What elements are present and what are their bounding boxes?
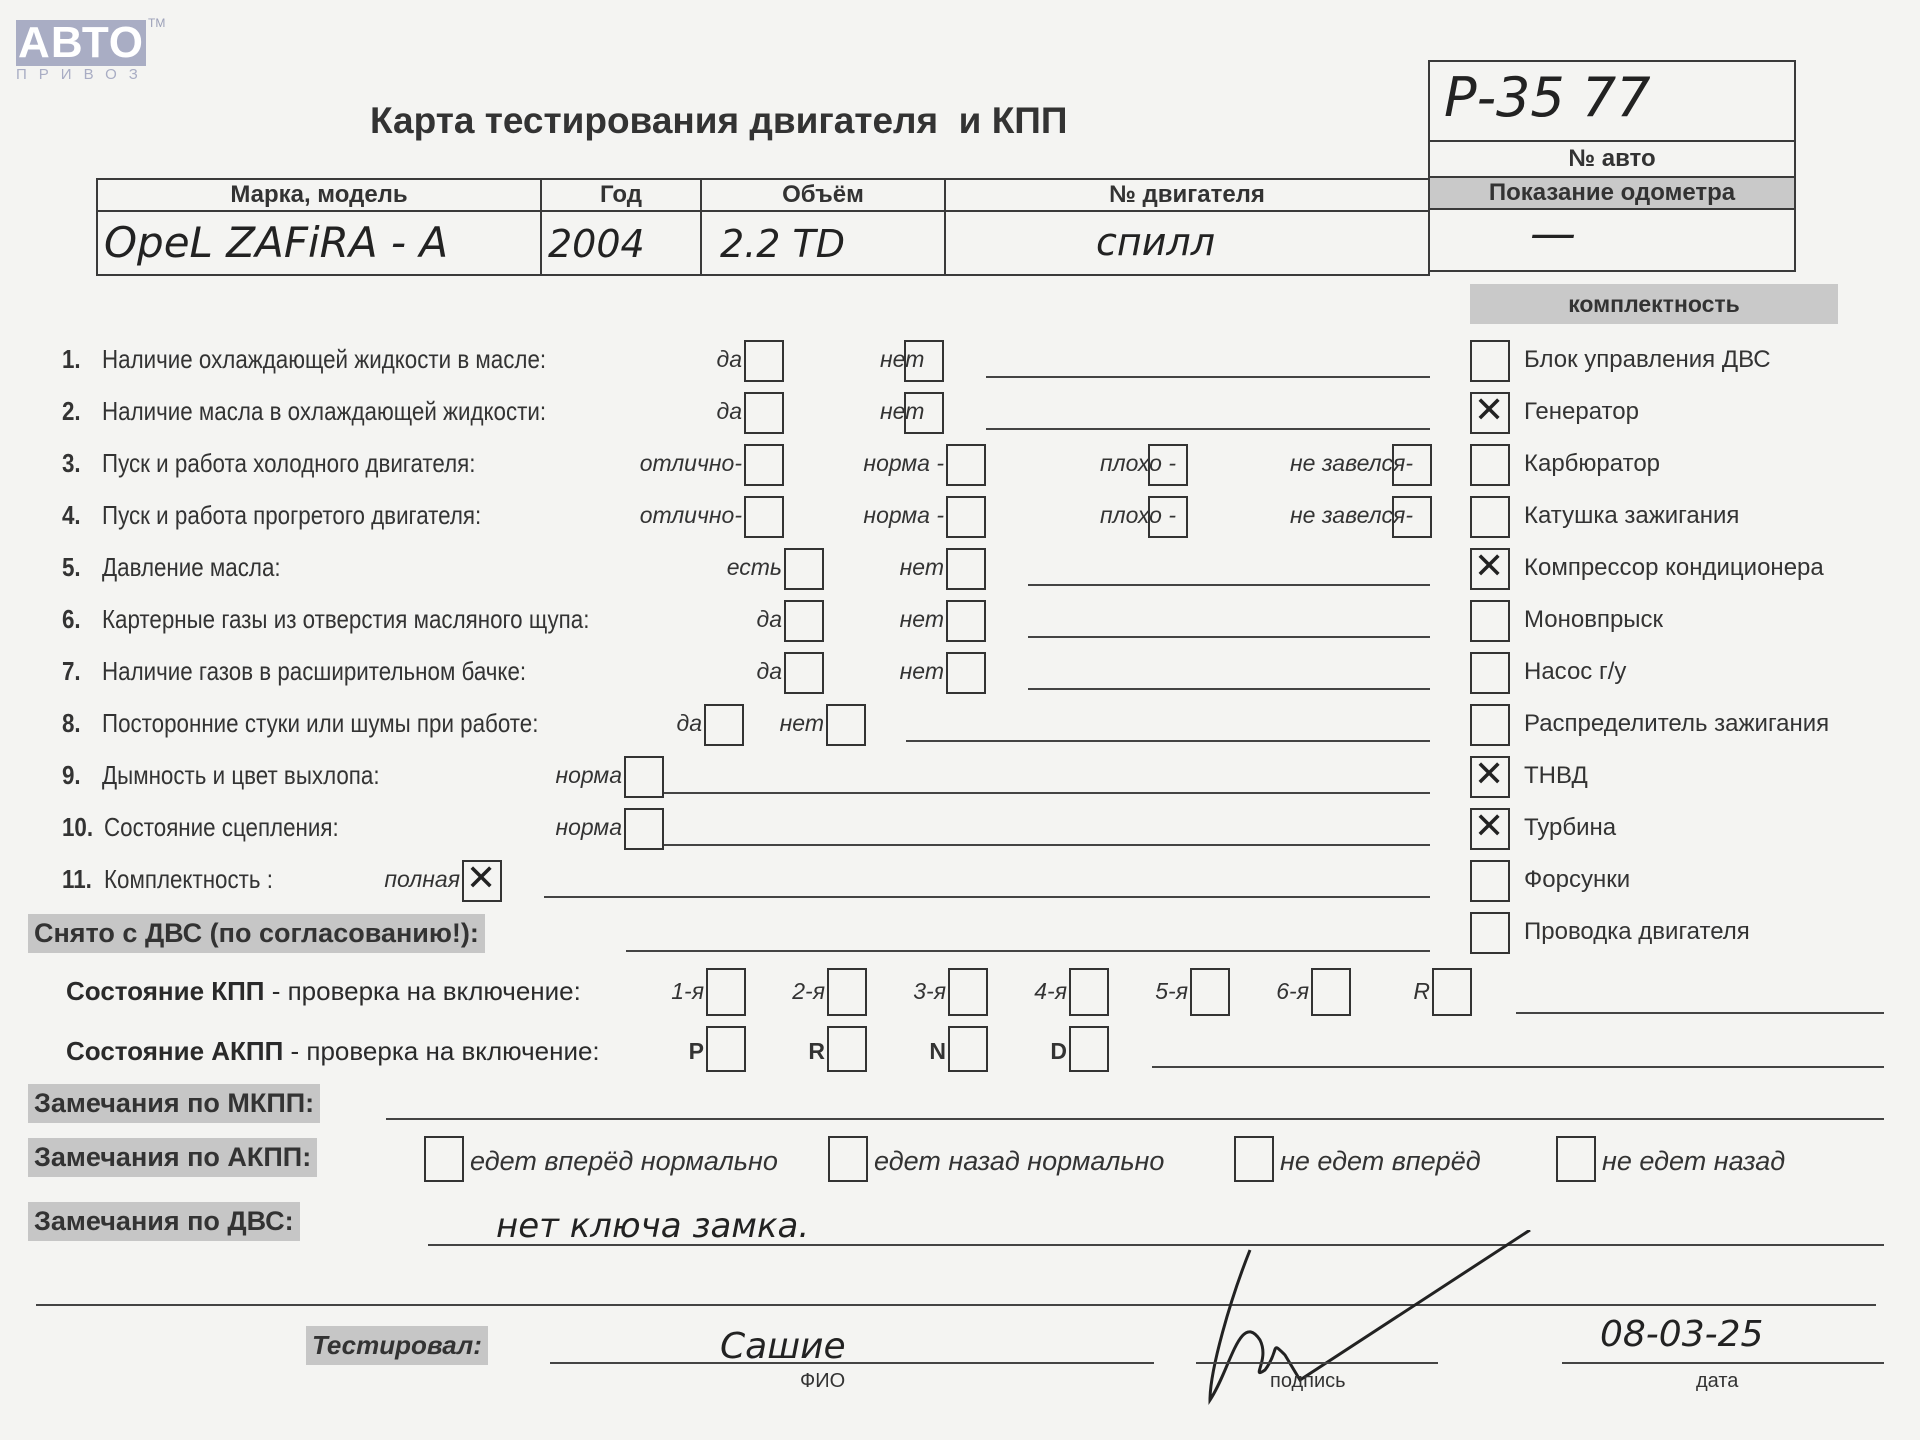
gear-checkbox[interactable]	[706, 968, 746, 1016]
gear-checkbox[interactable]	[706, 1026, 746, 1072]
option-label: да	[700, 658, 782, 685]
option-checkbox[interactable]	[946, 652, 986, 694]
kit-checkbox[interactable]	[1470, 756, 1510, 798]
gear-label: 1-я	[646, 978, 704, 1005]
question-number: 8.	[62, 708, 81, 739]
kit-checkbox[interactable]	[1470, 496, 1510, 538]
remarks-dvs-label: Замечания по ДВС:	[28, 1202, 300, 1241]
kit-item-label: Насос г/у	[1524, 658, 1626, 686]
question-note-field[interactable]	[1028, 636, 1430, 638]
kit-item-label: Турбина	[1524, 814, 1616, 842]
option-label: есть	[700, 554, 782, 581]
question-number: 3.	[62, 448, 81, 479]
kit-item-label: ТНВД	[1524, 762, 1588, 790]
question-number: 9.	[62, 760, 81, 791]
option-label: норма -	[860, 502, 944, 529]
option-checkbox[interactable]	[826, 704, 866, 746]
option-label: да	[640, 346, 742, 373]
gear-label: 5-я	[1130, 978, 1188, 1005]
tested-by-label: Тестировал:	[306, 1326, 488, 1365]
question-number: 7.	[62, 656, 81, 687]
gear-label: R	[1372, 978, 1430, 1005]
gear-checkbox[interactable]	[1069, 1026, 1109, 1072]
question-text: Картерные газы из отверстия масляного щу…	[102, 604, 589, 635]
auto-gearbox-label-bold: Состояние АКПП	[66, 1036, 283, 1066]
option-label: норма -	[860, 450, 944, 477]
question-note-field[interactable]	[986, 376, 1430, 378]
kit-checkbox[interactable]	[1470, 444, 1510, 486]
gear-label: 2-я	[767, 978, 825, 1005]
kit-checkbox[interactable]	[1470, 652, 1510, 694]
gear-checkbox[interactable]	[827, 1026, 867, 1072]
date-caption: дата	[1696, 1370, 1738, 1393]
gear-checkbox[interactable]	[1432, 968, 1472, 1016]
option-checkbox[interactable]	[704, 704, 744, 746]
question-number: 1.	[62, 344, 81, 375]
tester-name-value: Сашие	[720, 1326, 846, 1367]
model-value: OpeL ZAFiRA - A	[104, 218, 448, 267]
gear-checkbox[interactable]	[1311, 968, 1351, 1016]
option-label: полная	[370, 866, 460, 893]
option-label: отлично-	[520, 502, 742, 529]
removed-field[interactable]	[626, 950, 1430, 952]
akpp-option-label: не едет назад	[1602, 1146, 1785, 1177]
auto-gearbox-note-field[interactable]	[1152, 1066, 1884, 1068]
kit-checkbox[interactable]	[1470, 704, 1510, 746]
akpp-option-checkbox[interactable]	[828, 1136, 868, 1182]
car-number-cell[interactable]: Р-35 77	[1428, 60, 1796, 142]
question-number: 2.	[62, 396, 81, 427]
question-text: Пуск и работа прогретого двигателя:	[102, 500, 481, 531]
question-note-field[interactable]	[664, 792, 1430, 794]
manual-gearbox-label-rest: - проверка на включение:	[265, 976, 581, 1006]
kit-item-label: Моновпрыск	[1524, 606, 1663, 634]
car-number-value: Р-35 77	[1444, 66, 1651, 129]
kit-checkbox[interactable]	[1470, 340, 1510, 382]
option-label: плохо -	[1100, 450, 1146, 477]
option-checkbox[interactable]	[904, 392, 944, 434]
remarks-akpp-label: Замечания по АКПП:	[28, 1138, 317, 1177]
gear-checkbox[interactable]	[948, 968, 988, 1016]
kit-checkbox[interactable]	[1470, 860, 1510, 902]
option-label: нет	[750, 710, 824, 737]
question-text: Давление масла:	[102, 552, 281, 583]
manual-gearbox-label-bold: Состояние КПП	[66, 976, 265, 1006]
option-checkbox[interactable]	[1392, 496, 1432, 538]
kit-checkbox[interactable]	[1470, 548, 1510, 590]
question-note-field[interactable]	[664, 844, 1430, 846]
gear-checkbox[interactable]	[1190, 968, 1230, 1016]
question-note-field[interactable]	[906, 740, 1430, 742]
gear-label: P	[666, 1038, 704, 1065]
gear-checkbox[interactable]	[948, 1026, 988, 1072]
kit-item-label: Катушка зажигания	[1524, 502, 1739, 530]
brand-logo: АВТО	[16, 20, 146, 66]
option-label: да	[640, 398, 742, 425]
option-checkbox[interactable]	[946, 600, 986, 642]
option-checkbox[interactable]	[744, 340, 784, 382]
option-checkbox[interactable]	[1392, 444, 1432, 486]
question-number: 11.	[62, 864, 92, 895]
year-value: 2004	[548, 222, 645, 266]
remarks-dvs-field[interactable]	[428, 1244, 1884, 1246]
question-note-field[interactable]	[1028, 584, 1430, 586]
question-text: Пуск и работа холодного двигателя:	[102, 448, 475, 479]
gear-label: D	[1029, 1038, 1067, 1065]
kit-item-label: Блок управления ДВС	[1524, 346, 1771, 374]
question-text: Комплектность :	[104, 864, 273, 895]
option-checkbox[interactable]	[784, 600, 824, 642]
option-checkbox[interactable]	[624, 756, 664, 798]
volume-field[interactable]: 2.2 TD	[700, 210, 946, 276]
option-checkbox[interactable]	[744, 496, 784, 538]
car-number-label: № авто	[1428, 140, 1796, 178]
question-note-field[interactable]	[544, 896, 1430, 898]
engine-number-field[interactable]: спилл	[944, 210, 1430, 276]
gear-label: R	[787, 1038, 825, 1065]
model-field[interactable]: OpeL ZAFiRA - A	[96, 210, 542, 276]
option-label: отлично-	[520, 450, 742, 477]
remarks-mkpp-label: Замечания по МКПП:	[28, 1084, 320, 1123]
question-number: 10.	[62, 812, 93, 843]
option-label: норма	[520, 762, 622, 789]
akpp-option-label: едет вперёд нормально	[470, 1146, 778, 1177]
question-text: Дымность и цвет выхлопа:	[102, 760, 380, 791]
auto-gearbox-label-rest: - проверка на включение:	[283, 1036, 599, 1066]
option-label: да	[700, 606, 782, 633]
col-header-model: Марка, модель	[96, 178, 542, 212]
option-checkbox[interactable]	[744, 392, 784, 434]
gear-label: 3-я	[888, 978, 946, 1005]
tester-name-caption: ФИО	[800, 1370, 845, 1393]
kit-item-label: Распределитель зажигания	[1524, 710, 1829, 738]
year-field[interactable]: 2004	[540, 210, 702, 276]
col-header-engine-number: № двигателя	[944, 178, 1430, 212]
gear-checkbox[interactable]	[827, 968, 867, 1016]
question-text: Наличие масла в охлаждающей жидкости:	[102, 396, 546, 427]
akpp-option-checkbox[interactable]	[1234, 1136, 1274, 1182]
option-label: нет	[880, 554, 944, 581]
kit-title: комплектность	[1470, 284, 1838, 324]
logo-trademark: TM	[148, 16, 165, 30]
logo-subtitle: ПРИВОЗ	[16, 66, 152, 83]
akpp-option-checkbox[interactable]	[424, 1136, 464, 1182]
gear-label: 6-я	[1251, 978, 1309, 1005]
question-number: 5.	[62, 552, 81, 583]
gear-label: 4-я	[1009, 978, 1067, 1005]
date-field[interactable]	[1562, 1362, 1884, 1364]
volume-value: 2.2 TD	[720, 222, 845, 266]
odometer-cell[interactable]: —	[1428, 208, 1796, 272]
engine-number-value: спилл	[1096, 220, 1215, 264]
option-checkbox[interactable]	[744, 444, 784, 486]
question-text: Посторонние стуки или шумы при работе:	[102, 708, 538, 739]
kit-item-label: Форсунки	[1524, 866, 1630, 894]
option-checkbox[interactable]	[1148, 496, 1188, 538]
option-label: не завелся-	[1290, 502, 1390, 529]
question-note-field[interactable]	[986, 428, 1430, 430]
akpp-option-label: едет назад нормально	[874, 1146, 1164, 1177]
option-checkbox[interactable]	[462, 860, 502, 902]
manual-gearbox-label: Состояние КПП - проверка на включение:	[66, 976, 581, 1007]
kit-checkbox[interactable]	[1470, 600, 1510, 642]
option-label: норма	[520, 814, 622, 841]
remarks-mkpp-field[interactable]	[386, 1118, 1884, 1120]
option-label: плохо -	[1100, 502, 1146, 529]
signature-field[interactable]	[1196, 1362, 1438, 1364]
gear-label: N	[908, 1038, 946, 1065]
question-text: Наличие охлаждающей жидкости в масле:	[102, 344, 546, 375]
kit-checkbox[interactable]	[1470, 808, 1510, 850]
gear-checkbox[interactable]	[1069, 968, 1109, 1016]
option-checkbox[interactable]	[946, 548, 986, 590]
auto-gearbox-label: Состояние АКПП - проверка на включение:	[66, 1036, 600, 1067]
option-label: нет	[880, 398, 902, 425]
option-checkbox[interactable]	[946, 496, 986, 538]
removed-label: Снято с ДВС (по согласованию!):	[28, 914, 485, 953]
remarks-extra-line[interactable]	[36, 1304, 1876, 1306]
kit-item-label: Проводка двигателя	[1524, 918, 1750, 946]
option-label: да	[640, 710, 702, 737]
question-note-field[interactable]	[1028, 688, 1430, 690]
signature-scribble	[1190, 1230, 1550, 1410]
option-label: нет	[880, 346, 902, 373]
col-header-volume: Объём	[700, 178, 946, 212]
odometer-value: —	[1530, 206, 1576, 260]
signature-caption: подпись	[1270, 1370, 1346, 1393]
kit-checkbox[interactable]	[1470, 392, 1510, 434]
kit-item-label: Генератор	[1524, 398, 1639, 426]
option-checkbox[interactable]	[946, 444, 986, 486]
option-label: нет	[880, 606, 944, 633]
option-checkbox[interactable]	[784, 548, 824, 590]
col-header-year: Год	[540, 178, 702, 212]
option-checkbox[interactable]	[904, 340, 944, 382]
kit-item-label: Компрессор кондиционера	[1524, 554, 1824, 582]
question-number: 4.	[62, 500, 81, 531]
akpp-option-label: не едет вперёд	[1280, 1146, 1481, 1177]
option-checkbox[interactable]	[784, 652, 824, 694]
kit-checkbox[interactable]	[1470, 912, 1510, 954]
manual-gearbox-note-field[interactable]	[1516, 1012, 1884, 1014]
question-number: 6.	[62, 604, 81, 635]
remarks-dvs-value: нет ключа замка.	[496, 1206, 809, 1246]
page-title: Карта тестирования двигателя и КПП	[370, 100, 1067, 142]
question-text: Наличие газов в расширительном бачке:	[102, 656, 526, 687]
option-checkbox[interactable]	[1148, 444, 1188, 486]
option-label: не завелся-	[1290, 450, 1390, 477]
option-label: нет	[880, 658, 944, 685]
akpp-option-checkbox[interactable]	[1556, 1136, 1596, 1182]
odometer-label: Показание одометра	[1428, 176, 1796, 210]
option-checkbox[interactable]	[624, 808, 664, 850]
question-text: Состояние сцепления:	[104, 812, 339, 843]
kit-item-label: Карбюратор	[1524, 450, 1660, 478]
tester-name-field[interactable]	[550, 1362, 1154, 1364]
date-value: 08-03-25	[1600, 1314, 1763, 1355]
